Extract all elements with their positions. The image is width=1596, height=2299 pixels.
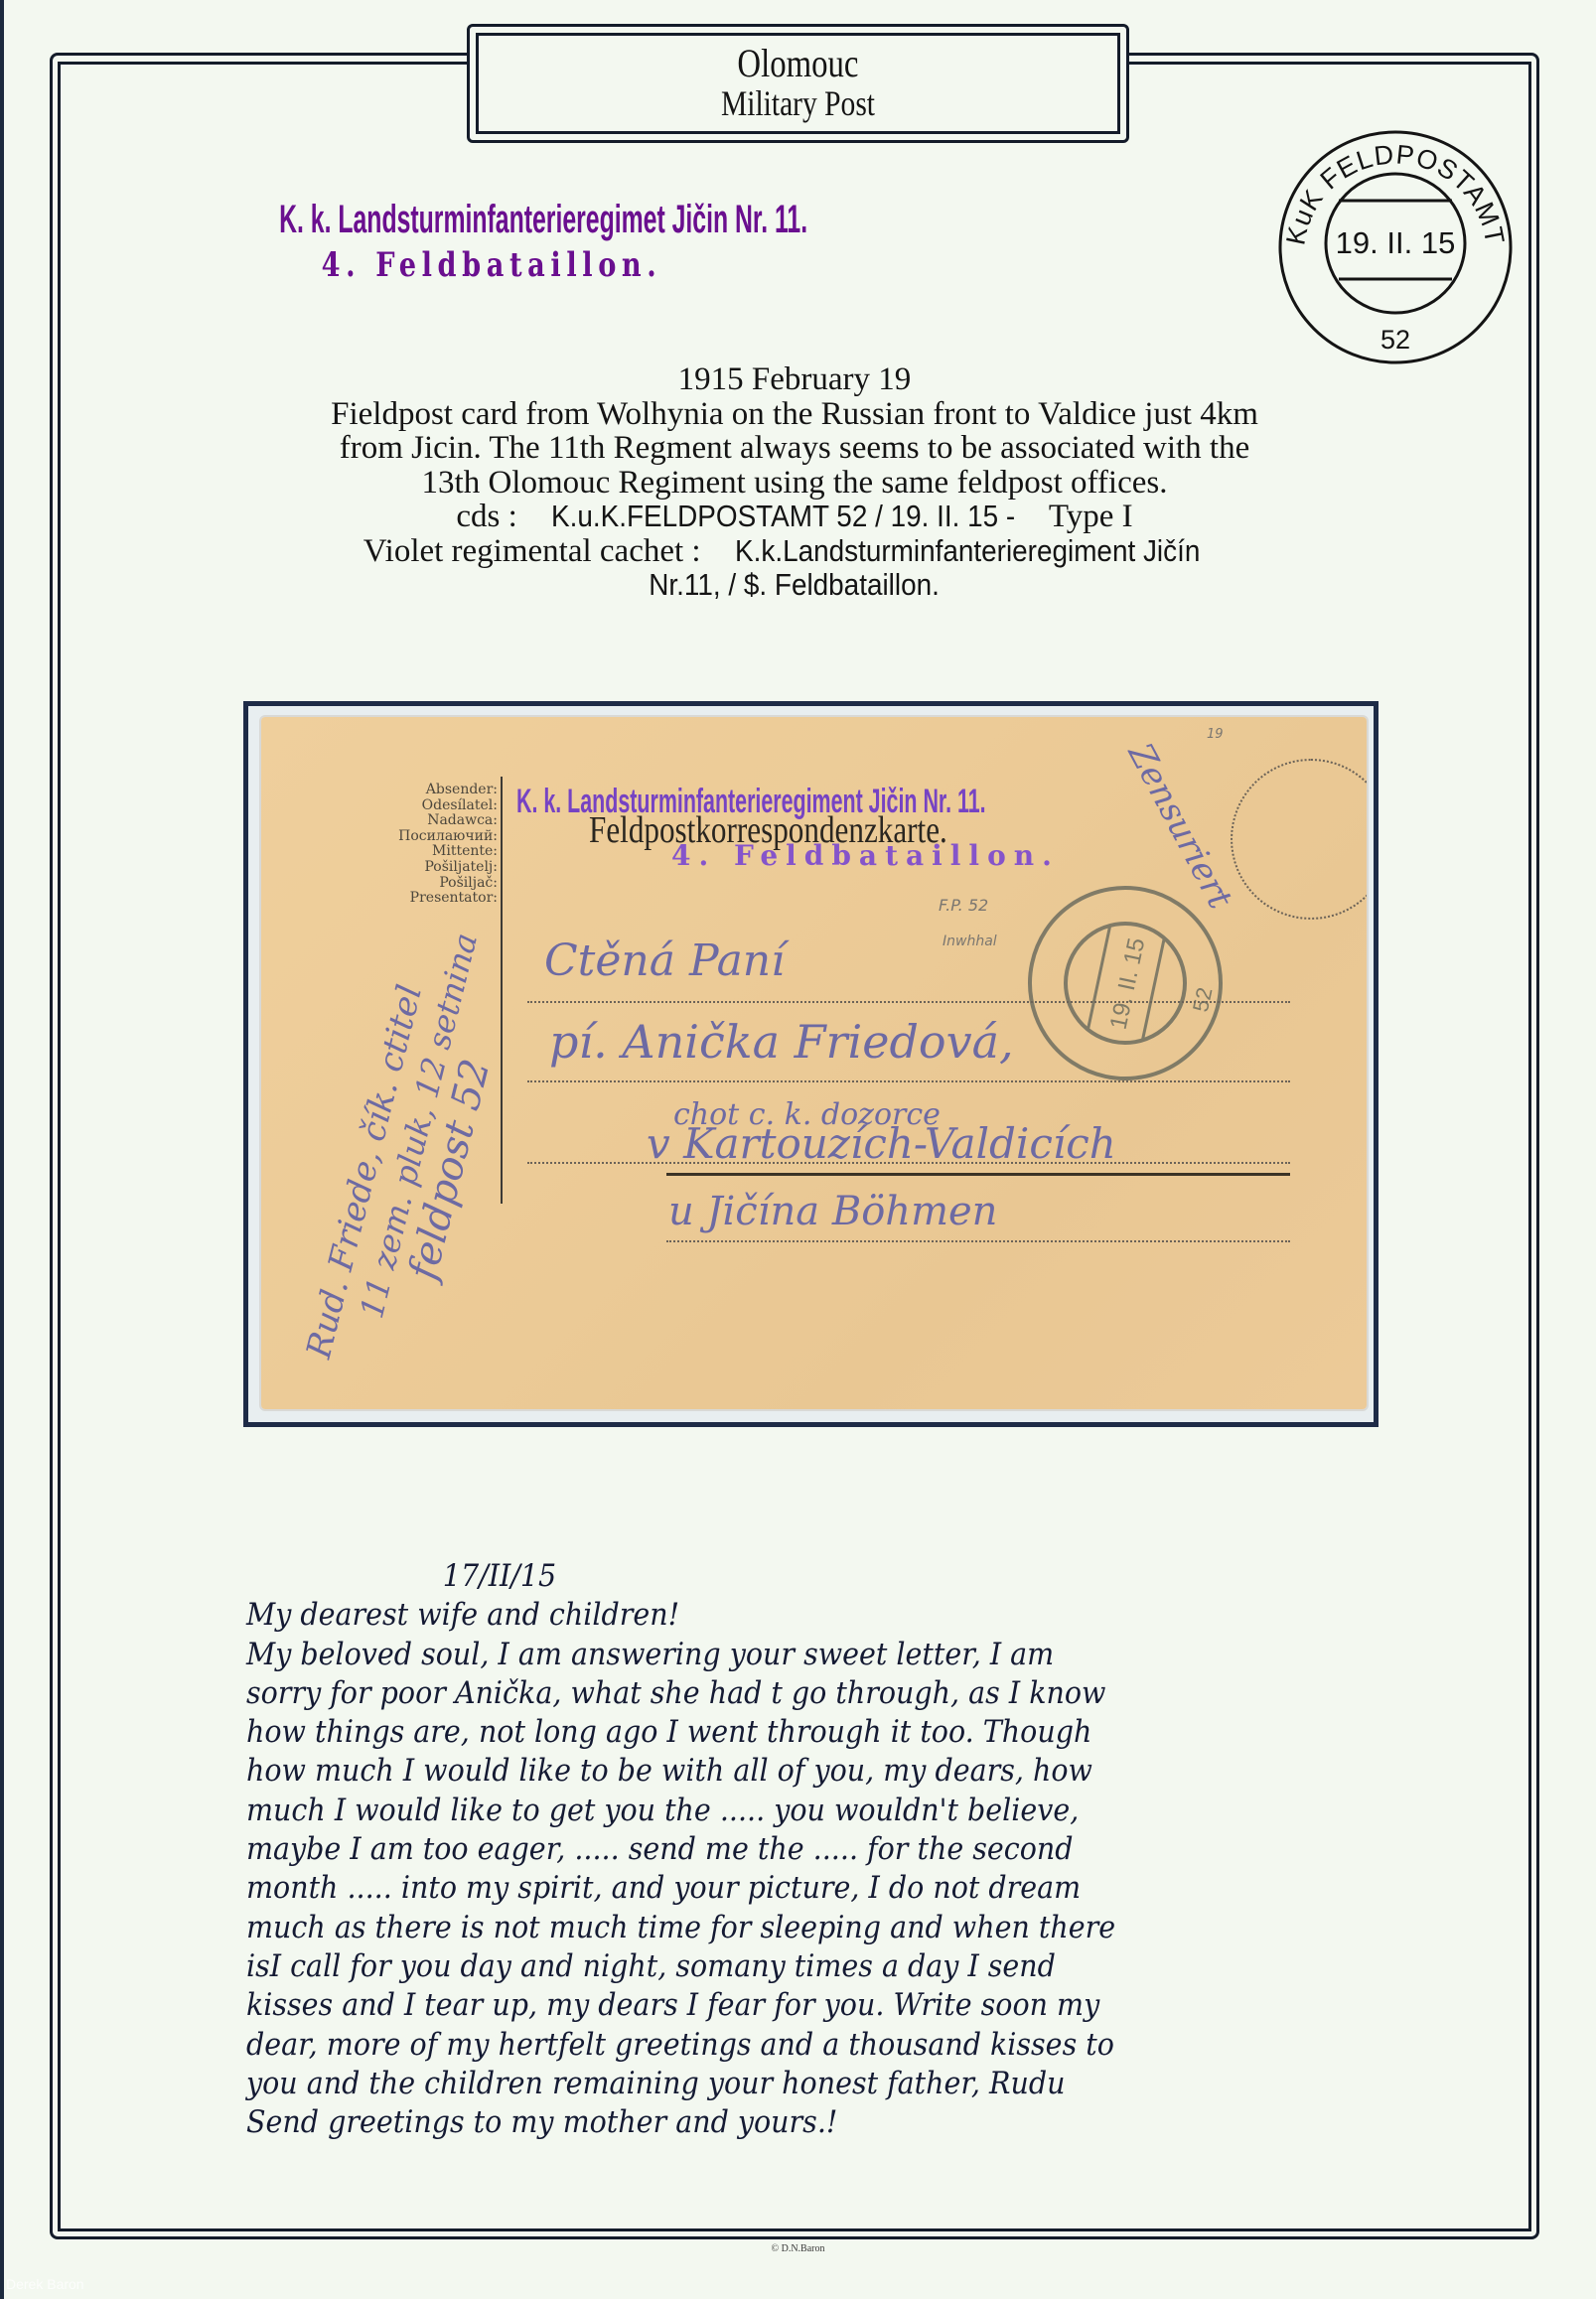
letter-line: My dearest wife and children! xyxy=(246,1596,1297,1635)
stamp-placeholder-circle xyxy=(1231,759,1367,920)
address-name: pí. Anička Friedová, xyxy=(549,1015,1014,1069)
description-line: 13th Olomouc Regiment using the same fel… xyxy=(199,466,1390,501)
description-date: 1915 February 19 xyxy=(199,362,1390,397)
description-cachet-cont: Nr.11, / $. Feldbataillon. xyxy=(199,568,1390,603)
svg-text:52: 52 xyxy=(1188,985,1218,1014)
address-region: u Jičína Böhmen xyxy=(668,1189,997,1234)
sender-labels: Absender: Odesílatel: Nadawca: Посилаючи… xyxy=(378,783,498,907)
address-line xyxy=(666,1240,1290,1242)
letter-date: 17/II/15 xyxy=(246,1557,1297,1596)
description-cds: cds : K.u.K.FELDPOSTAMT 52 / 19. II. 15 … xyxy=(199,500,1390,534)
description-cachet: Violet regimental cachet : K.k.Landsturm… xyxy=(199,534,1390,569)
card-cachet-line-2: 4. Feldbataillon. xyxy=(671,839,1060,872)
letter-line: My beloved soul, I am answering your swe… xyxy=(246,1636,1297,1674)
letter-translation: 17/II/15 My dearest wife and children! M… xyxy=(246,1557,1388,2142)
regimental-cachet: K. k. Landsturminfanterieregimet Jičin N… xyxy=(149,197,834,288)
address-line xyxy=(527,1001,1290,1003)
copyright-notice: © D.N.Baron xyxy=(0,2243,1596,2254)
pencil-note: F.P. 52 xyxy=(939,896,988,915)
letter-line: much as there is not much time for sleep… xyxy=(246,1909,1297,1947)
address-underline xyxy=(666,1173,1290,1176)
address-salutation: Ctěná Paní xyxy=(544,935,785,986)
letter-line: dear, more of my hertfelt greetings and … xyxy=(246,2026,1297,2065)
address-town: v Kartouzích-Valdicích xyxy=(647,1119,1116,1168)
address-line xyxy=(527,1080,1290,1082)
fieldpost-card-image: Absender: Odesílatel: Nadawca: Посилаючи… xyxy=(261,717,1367,1409)
letter-line: sorry for poor Anička, what she had t go… xyxy=(246,1674,1297,1713)
svg-text:52: 52 xyxy=(1380,325,1410,355)
page-title: Olomouc xyxy=(737,44,858,83)
letter-line: much I would like to get you the ..... y… xyxy=(246,1792,1297,1830)
feldpostamt-postmark-icon: KuK FELDPOSTAMT 19. II. 15 52 xyxy=(1277,129,1514,365)
letter-line: Send greetings to my mother and yours.! xyxy=(246,2103,1297,2142)
letter-line: maybe I am too eager, ..... send me the … xyxy=(246,1830,1297,1869)
header-box: Olomouc Military Post xyxy=(467,24,1129,143)
letter-line: you and the children remaining your hone… xyxy=(246,2065,1297,2103)
letter-line: isI call for you day and night, somany t… xyxy=(246,1947,1297,1986)
cachet-line-2: 4. Feldbataillon. xyxy=(218,242,766,288)
page-edge xyxy=(0,0,4,2299)
description-line: from Jicin. The 11th Regment always seem… xyxy=(199,431,1390,466)
pencil-note: Inwhhal xyxy=(943,934,997,949)
page-subtitle: Military Post xyxy=(721,83,875,123)
letter-line: kisses and I tear up, my dears I fear fo… xyxy=(246,1986,1297,2025)
cachet-line-1: K. k. Landsturminfanterieregimet Jičin N… xyxy=(279,197,704,242)
letter-line: how things are, not long ago I went thro… xyxy=(246,1713,1297,1752)
letter-line: month ..... into my spirit, and your pic… xyxy=(246,1869,1297,1908)
svg-text:19. II. 15: 19. II. 15 xyxy=(1105,935,1151,1032)
letter-line: how much I would like to be with all of … xyxy=(246,1752,1297,1791)
card-divider xyxy=(501,777,503,1204)
svg-text:19. II. 15: 19. II. 15 xyxy=(1336,225,1456,260)
pencil-note: 19 xyxy=(1207,727,1224,742)
watermark: Derek Baron xyxy=(6,2276,84,2292)
description-line: Fieldpost card from Wolhynia on the Russ… xyxy=(199,397,1390,432)
card-postmark-icon: 19. II. 15 52 xyxy=(1021,879,1230,1087)
item-description: 1915 February 19 Fieldpost card from Wol… xyxy=(199,362,1390,603)
